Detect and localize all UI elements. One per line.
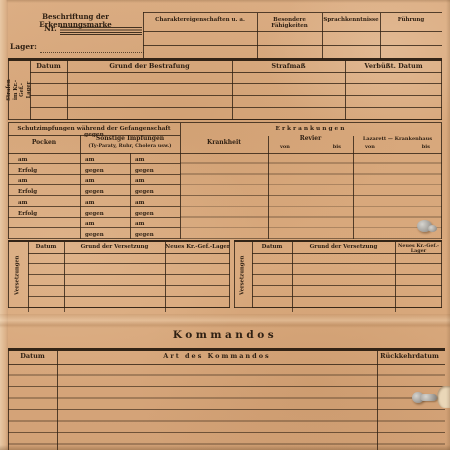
col-served-date: Verbüßt. Datum (345, 63, 442, 70)
other-cell: am (80, 221, 130, 227)
other-cell: am (80, 200, 130, 206)
rule (395, 242, 396, 308)
rule (377, 351, 378, 450)
sickbay-from-to: von bis (268, 144, 353, 150)
paper-fold-crease (0, 314, 450, 328)
rule (345, 60, 346, 120)
other-cell: am (130, 157, 180, 163)
punishments-empty-rows (30, 72, 442, 120)
rule (292, 242, 293, 308)
rule (268, 136, 269, 239)
col-reason: Grund der Versetzung (64, 244, 165, 250)
transfers-side-label: Versetzungen (8, 242, 28, 308)
col-reason: Grund der Versetzung (292, 244, 395, 250)
pox-cell: Erfolg (8, 168, 80, 174)
col-date: Datum (8, 353, 57, 360)
rule (8, 123, 9, 239)
col-conduct: Führung (380, 17, 442, 23)
rule (8, 58, 442, 61)
col-other-vaccinations-sub: (Ty-Paraty, Ruhr, Cholera usw.) (80, 144, 180, 149)
rule (180, 123, 181, 239)
pox-cell: Erfolg (8, 211, 80, 217)
rule (441, 242, 442, 308)
from-label: von (280, 144, 290, 150)
rule (8, 119, 442, 120)
pox-cell: am (8, 200, 80, 206)
vaccination-row: amamam (8, 196, 180, 207)
other-cell: gegen (80, 211, 130, 217)
col-hospital: Lazarett — Krankenhaus (353, 137, 442, 143)
kommandos-table: Datum Art des Kommandos Rückkehrdatum (8, 348, 445, 450)
rule (8, 240, 230, 242)
paper-edge-right (446, 0, 450, 450)
rule (395, 308, 396, 312)
other-cell: gegen (80, 168, 130, 174)
nr-ruled-lines (60, 27, 142, 35)
col-other-vaccinations: Sonstige Impfungen (80, 136, 180, 143)
rule (165, 242, 166, 308)
rule (252, 242, 253, 308)
id-tag-box: Beschriftung der Erkennungsmarke Nr. Lag… (8, 10, 143, 58)
vaccination-row: amamam (8, 175, 180, 186)
pox-cell: am (8, 178, 80, 184)
illness-empty-rows (180, 153, 442, 239)
transfers-table-left: Versetzungen Datum Grund der Versetzung … (8, 240, 230, 308)
punishments-side-label: Strafen im Kr.-Gef.-Lager (8, 60, 30, 120)
col-date: Datum (30, 63, 67, 70)
col-new-camp: Neues Kr.-Gef.-Lager (165, 244, 230, 250)
hospital-from-to: von bis (353, 144, 442, 150)
metal-grommet-icon (428, 225, 437, 232)
other-cell: gegen (130, 168, 180, 174)
illnesses-band: Erkrankungen (180, 126, 442, 132)
traits-table: Charaktereigenschaften u. a. Besondere F… (143, 12, 442, 59)
rule (234, 307, 442, 308)
rule (64, 308, 65, 312)
other-cell: gegen (80, 232, 130, 238)
rule (28, 242, 29, 308)
to-label: bis (333, 144, 341, 150)
rule (64, 242, 65, 308)
to-label: bis (422, 144, 430, 150)
other-cell: am (80, 178, 130, 184)
rule (8, 242, 9, 308)
col-return-date: Rückkehrdatum (377, 353, 442, 360)
col-kommando-type: Art des Kommandos (57, 353, 377, 360)
rule (143, 45, 442, 46)
nr-label: Nr. (44, 25, 57, 33)
col-sickbay: Revier (268, 136, 353, 143)
metal-grommet-icon (420, 394, 437, 401)
col-sentence: Strafmaß (232, 63, 345, 70)
col-disease: Krankheit (180, 140, 268, 147)
vaccination-row: Erfolggegengegen (8, 164, 180, 175)
col-languages: Sprachkenntnisse (322, 17, 380, 23)
rule (232, 60, 233, 120)
vaccination-row: amamam (8, 153, 180, 164)
rule (292, 308, 293, 312)
rule (441, 123, 442, 239)
kommandos-title: Kommandos (0, 330, 450, 342)
rule (30, 60, 31, 120)
transfers-empty-rows (28, 253, 230, 308)
other-cell: gegen (130, 211, 180, 217)
pox-cell: am (8, 157, 80, 163)
kommandos-empty-rows (8, 364, 445, 450)
pow-record-card: Beschriftung der Erkennungsmarke Nr. Lag… (0, 0, 450, 450)
col-date: Datum (252, 244, 292, 250)
rule (67, 60, 68, 120)
rule (234, 242, 235, 308)
other-cell: am (130, 178, 180, 184)
paper-edge-top (0, 0, 450, 3)
rule (257, 13, 258, 59)
rule (57, 351, 58, 450)
other-cell: gegen (130, 232, 180, 238)
rule (130, 153, 131, 239)
paper-edge-bottom (0, 445, 450, 450)
col-smallpox: Pocken (8, 140, 80, 147)
from-label: von (365, 144, 375, 150)
pox-cell: Erfolg (8, 189, 80, 195)
vaccination-row: gegengegen (8, 228, 180, 239)
rule (80, 135, 81, 239)
other-cell: gegen (130, 189, 180, 195)
vaccination-rows: amamam Erfolggegengegen amamam Erfolggeg… (8, 153, 180, 239)
col-reason: Grund der Bestrafung (67, 63, 232, 70)
rule (8, 351, 9, 450)
other-cell: am (130, 200, 180, 206)
vaccination-row: amam (8, 218, 180, 229)
vaccination-row: Erfolggegengegen (8, 185, 180, 196)
vaccinations-illnesses-table: Schutzimpfungen während der Gefangenscha… (8, 122, 442, 239)
rule (322, 13, 323, 59)
col-date: Datum (28, 244, 64, 250)
rule (441, 60, 442, 120)
rule (353, 136, 354, 239)
rule (234, 240, 442, 242)
rule (8, 60, 9, 120)
punishments-table: Strafen im Kr.-Gef.-Lager Datum Grund de… (8, 58, 442, 120)
paper-edge-left (0, 0, 8, 450)
vaccination-row: Erfolggegengegen (8, 207, 180, 218)
rule (143, 31, 442, 32)
rule (380, 13, 381, 59)
col-skills: Besondere Fähigkeiten (257, 17, 322, 29)
col-character: Charaktereigenschaften u. a. (143, 17, 257, 23)
other-cell: gegen (80, 189, 130, 195)
rule (165, 308, 166, 312)
rule (8, 348, 445, 351)
transfers-empty-rows (252, 253, 442, 308)
other-cell: am (130, 221, 180, 227)
transfers-table-right: Versetzungen Datum Grund der Versetzung … (234, 240, 442, 308)
other-cell: am (80, 157, 130, 163)
rule (8, 307, 230, 308)
transfers-side-label: Versetzungen (234, 242, 252, 308)
lager-label: Lager: (10, 43, 37, 51)
rule (28, 308, 29, 312)
lager-dotted-line (40, 52, 144, 53)
rule (229, 242, 230, 308)
